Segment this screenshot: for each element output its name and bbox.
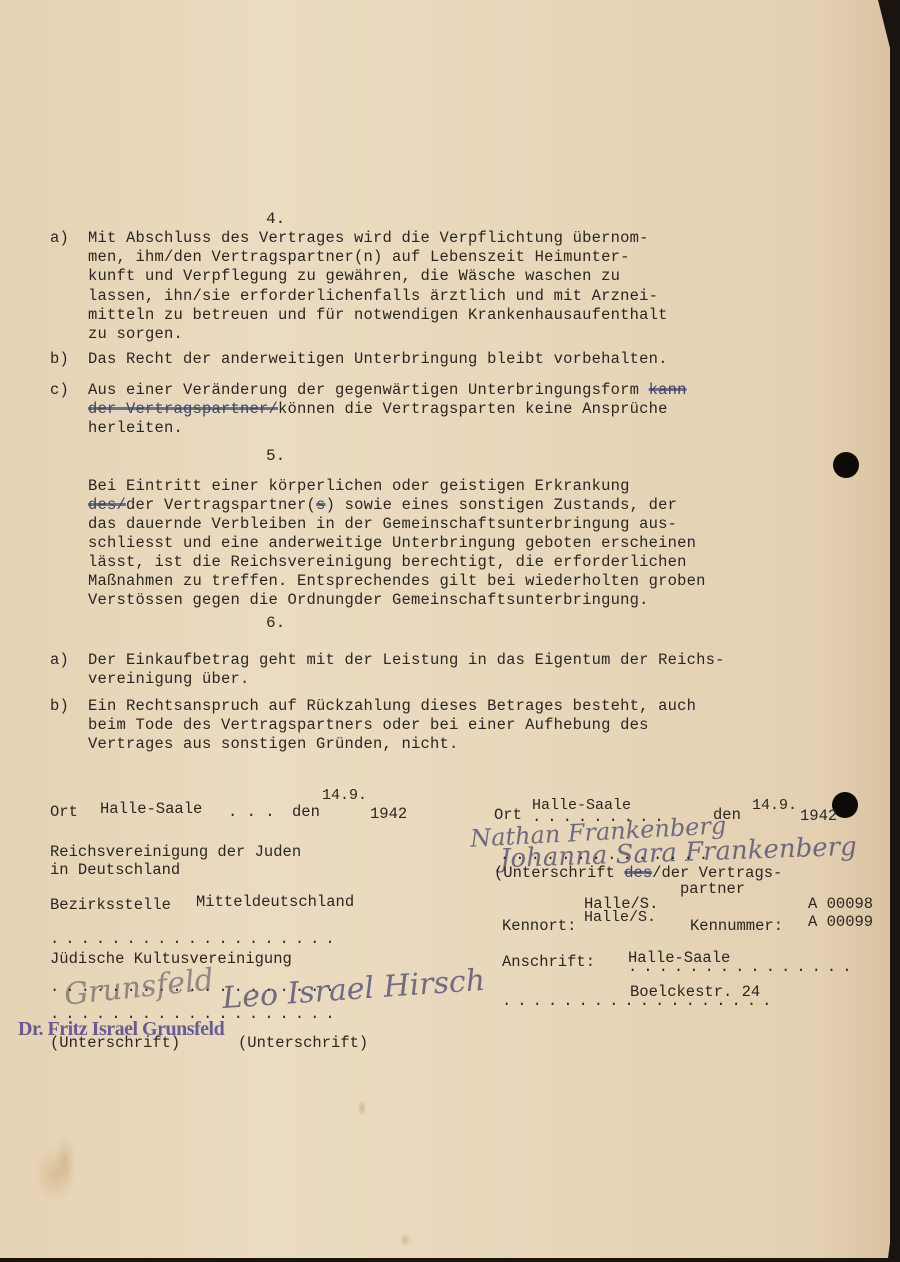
section-4a-line-4: lassen, ihn/sie erforderlichenfalls ärzt… xyxy=(88,287,658,306)
left-ort-value: Halle-Saale xyxy=(100,800,202,818)
section-5-line-1: Bei Eintritt einer körperlichen oder gei… xyxy=(88,477,630,496)
section-6b-line-2: beim Tode des Vertragspartners oder bei … xyxy=(88,716,649,735)
right-kennort-label: Kennort: xyxy=(502,917,576,935)
section-4c-line-1-text: Aus einer Veränderung der gegenwärtigen … xyxy=(88,381,639,399)
right-kennummer-value-2: A 00099 xyxy=(808,913,873,931)
section-4a-line-2: men, ihm/den Vertragspartner(n) auf Lebe… xyxy=(88,248,630,267)
left-dotted-line-1: ................... xyxy=(50,930,341,948)
section-4a-line-3: kunft und Verpflegung zu gewähren, die W… xyxy=(88,267,620,286)
section-6a-line-1: Der Einkaufbetrag geht mit der Leistung … xyxy=(88,651,725,670)
section-4c-line-3: herleiten. xyxy=(88,419,183,438)
section-6-number: 6. xyxy=(266,614,285,632)
right-anschrift-dots-1: ............... xyxy=(628,958,858,976)
section-4a-line-5: mitteln zu betreuen und für notwendigen … xyxy=(88,306,668,325)
right-anschrift-label: Anschrift: xyxy=(502,953,595,971)
left-date-year: 1942 xyxy=(370,805,407,823)
section-4b-text: Das Recht der anderweitigen Unterbringun… xyxy=(88,350,668,369)
section-5-struck-des: des/ xyxy=(88,496,126,514)
right-kennummer-label: Kennummer: xyxy=(690,917,783,935)
right-unterschrift-struck: des xyxy=(624,864,652,882)
section-5-line-7: Verstössen gegen die Ordnungder Gemeinsc… xyxy=(88,591,649,610)
section-5-number: 5. xyxy=(266,447,285,465)
section-5-line-4: schliesst und eine anderweitige Unterbri… xyxy=(88,534,696,553)
section-4a-line-6: zu sorgen. xyxy=(88,325,183,344)
section-4a-marker: a) xyxy=(50,229,69,248)
section-5-struck-s: s xyxy=(316,496,326,514)
section-5-line-5: lässt, ist die Reichsvereinigung berecht… xyxy=(88,553,687,572)
left-den-label: den xyxy=(292,803,320,821)
section-6b-marker: b) xyxy=(50,697,69,716)
signature-hirsch: Leo Israel Hirsch xyxy=(221,963,486,1016)
section-4c-line-2-text: können die Vertragsparten keine Ansprüch… xyxy=(278,400,668,418)
punch-hole-top xyxy=(833,452,859,478)
section-4c-line-2: der Vertragspartner/können die Vertragsp… xyxy=(88,400,668,419)
left-ort-label: Ort xyxy=(50,803,78,821)
left-ort-dots: . . . xyxy=(228,803,275,821)
section-4a-line-1: Mit Abschluss des Vertrages wird die Ver… xyxy=(88,229,649,248)
right-kennummer-value-1: A 00098 xyxy=(808,895,873,913)
document-page: 4. a) Mit Abschluss des Vertrages wird d… xyxy=(0,0,890,1258)
section-4c-line-1: Aus einer Veränderung der gegenwärtigen … xyxy=(88,381,687,400)
section-4c-marker: c) xyxy=(50,381,69,400)
left-bezirk-label: Bezirksstelle xyxy=(50,896,171,914)
section-5-line-6: Maßnahmen zu treffen. Entsprechendes gil… xyxy=(88,572,706,591)
section-4c-struck-partner: der Vertragspartner/ xyxy=(88,400,278,418)
section-5-line-3: das dauernde Verbleiben in der Gemeinsch… xyxy=(88,515,677,534)
left-org-line-1: Reichsvereinigung der Juden xyxy=(50,843,301,861)
section-4c-struck-kann: kann xyxy=(649,381,687,399)
right-date-day: 14.9. xyxy=(752,797,797,814)
left-kultus: Jüdische Kultusvereinigung xyxy=(50,950,292,968)
right-anschrift-dots-2: .................. xyxy=(502,992,777,1010)
left-org-line-2: in Deutschland xyxy=(50,861,180,879)
section-5-line-2a: der Vertragspartner( xyxy=(126,496,316,514)
right-unterschrift-a: (Unterschrift xyxy=(494,864,615,882)
section-6a-marker: a) xyxy=(50,651,69,670)
section-6a-line-2: vereinigung über. xyxy=(88,670,250,689)
left-bezirk-value: Mitteldeutschland xyxy=(196,893,354,911)
section-4b-marker: b) xyxy=(50,350,69,369)
section-5-line-2: des/der Vertragspartner(s) sowie eines s… xyxy=(88,496,677,515)
right-unterschrift-partner: partner xyxy=(680,880,745,898)
section-6b-line-1: Ein Rechtsanspruch auf Rückzahlung diese… xyxy=(88,697,696,716)
section-4-number: 4. xyxy=(266,210,285,228)
left-unterschrift-1: (Unterschrift) xyxy=(50,1034,180,1052)
section-5-line-2b: ) sowie eines sonstigen Zustands, der xyxy=(326,496,678,514)
right-date-year: 1942 xyxy=(800,807,837,825)
left-unterschrift-2: (Unterschrift) xyxy=(238,1034,368,1052)
right-kennort-value-2: Halle/S. xyxy=(584,909,656,926)
left-date-day: 14.9. xyxy=(322,787,367,804)
right-signature-dots: .............. xyxy=(500,846,714,864)
section-6b-line-3: Vertrages aus sonstigen Gründen, nicht. xyxy=(88,735,459,754)
